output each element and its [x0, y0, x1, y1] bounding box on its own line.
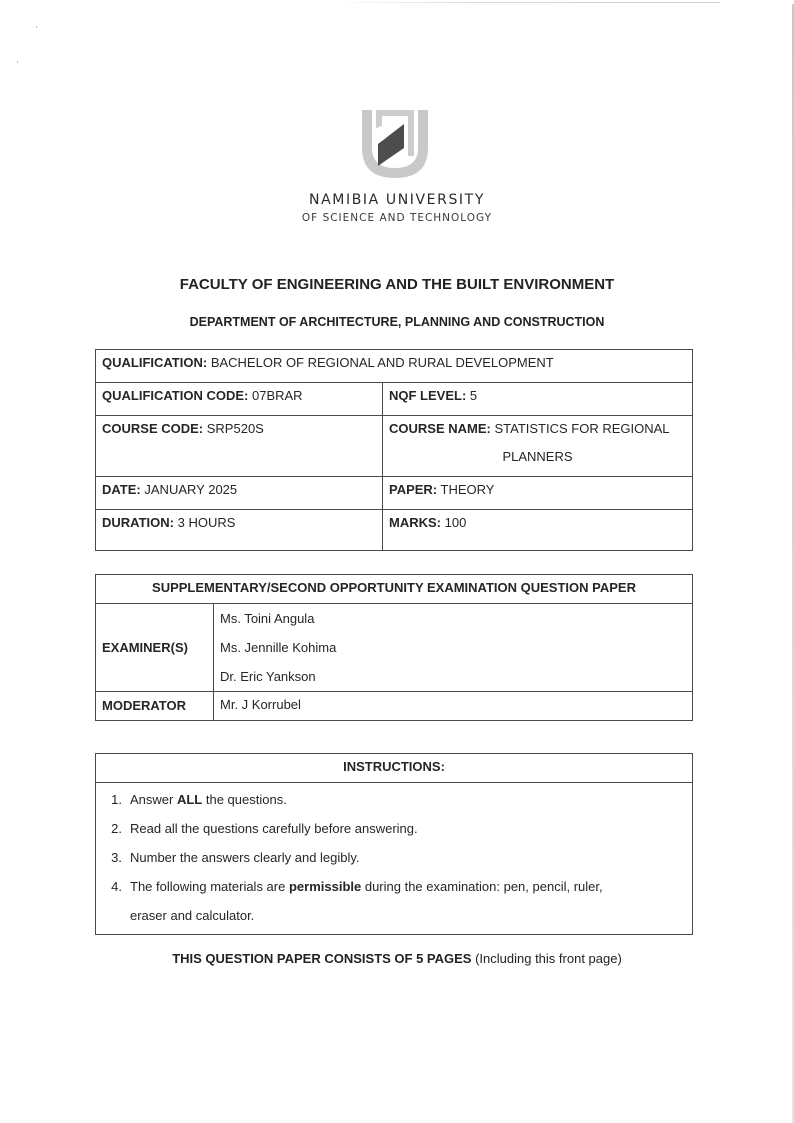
scan-edge-top [330, 2, 720, 3]
instruction-emphasis: ALL [177, 792, 202, 807]
instructions-table: INSTRUCTIONS: 1. Answer ALL the question… [95, 753, 693, 935]
page-count-qualifier: (Including this front page) [471, 951, 621, 966]
course-info-table: QUALIFICATION: BACHELOR OF REGIONAL AND … [95, 349, 693, 551]
qualification-code-label: QUALIFICATION CODE: [102, 388, 248, 403]
instruction-text-part: The following materials are [130, 879, 289, 894]
instruction-number: 4. [100, 872, 130, 930]
examiner-name: Ms. Jennille Kohima [220, 633, 686, 662]
instruction-item: 4. The following materials are permissib… [100, 872, 686, 930]
table-row: QUALIFICATION CODE: 07BRAR NQF LEVEL: 5 [96, 383, 693, 416]
paper-value: THEORY [441, 482, 495, 497]
instruction-text: Read all the questions carefully before … [130, 814, 418, 843]
course-code-value: SRP520S [207, 421, 264, 436]
course-name-cell: COURSE NAME: STATISTICS FOR REGIONAL PLA… [383, 416, 693, 477]
nqf-level-cell: NQF LEVEL: 5 [383, 383, 693, 416]
instruction-number: 3. [100, 843, 130, 872]
instructions-title: INSTRUCTIONS: [96, 754, 693, 783]
instruction-text-part: Answer [130, 792, 177, 807]
duration-label: DURATION: [102, 515, 174, 530]
moderator-label: MODERATOR [96, 692, 214, 721]
instruction-number: 1. [100, 785, 130, 814]
table-row: MODERATOR Mr. J Korrubel [96, 692, 693, 721]
marks-cell: MARKS: 100 [383, 510, 693, 551]
instruction-text: The following materials are permissible … [130, 872, 603, 930]
qualification-cell: QUALIFICATION: BACHELOR OF REGIONAL AND … [96, 350, 693, 383]
instruction-emphasis: permissible [289, 879, 361, 894]
instruction-text: Number the answers clearly and legibly. [130, 843, 360, 872]
instruction-item: 2. Read all the questions carefully befo… [100, 814, 686, 843]
instruction-item: 1. Answer ALL the questions. [100, 785, 686, 814]
duration-value: 3 HOURS [178, 515, 236, 530]
instruction-number: 2. [100, 814, 130, 843]
table-row: DATE: JANUARY 2025 PAPER: THEORY [96, 477, 693, 510]
course-name-value: STATISTICS FOR REGIONAL [494, 421, 669, 436]
university-subtitle: OF SCIENCE AND TECHNOLOGY [0, 212, 794, 224]
qualification-code-cell: QUALIFICATION CODE: 07BRAR [96, 383, 383, 416]
table-row: INSTRUCTIONS: [96, 754, 693, 783]
qualification-label: QUALIFICATION: [102, 355, 207, 370]
nqf-level-label: NQF LEVEL: [389, 388, 466, 403]
page-count-note: THIS QUESTION PAPER CONSISTS OF 5 PAGES … [0, 951, 794, 966]
examiners-table: SUPPLEMENTARY/SECOND OPPORTUNITY EXAMINA… [95, 574, 693, 721]
table-row: SUPPLEMENTARY/SECOND OPPORTUNITY EXAMINA… [96, 575, 693, 604]
qualification-code-value: 07BRAR [252, 388, 303, 403]
course-code-cell: COURSE CODE: SRP520S [96, 416, 383, 477]
nust-shield-logo-icon [356, 104, 434, 182]
marks-label: MARKS: [389, 515, 441, 530]
examiner-name: Ms. Toini Angula [220, 604, 686, 633]
department-title: DEPARTMENT OF ARCHITECTURE, PLANNING AND… [0, 315, 794, 329]
paper-label: PAPER: [389, 482, 437, 497]
exam-cover-page: NAMIBIA UNIVERSITY OF SCIENCE AND TECHNO… [0, 0, 794, 1123]
qualification-value: BACHELOR OF REGIONAL AND RURAL DEVELOPME… [211, 355, 554, 370]
instruction-text-part: the questions. [202, 792, 287, 807]
examiners-list: Ms. Toini Angula Ms. Jennille Kohima Dr.… [214, 604, 693, 692]
table-row: EXAMINER(S) Ms. Toini Angula Ms. Jennill… [96, 604, 693, 692]
moderator-name: Mr. J Korrubel [214, 692, 693, 721]
instruction-text: Answer ALL the questions. [130, 785, 287, 814]
examiners-label: EXAMINER(S) [96, 604, 214, 692]
date-value: JANUARY 2025 [144, 482, 237, 497]
scan-speck [17, 61, 18, 63]
marks-value: 100 [445, 515, 467, 530]
instructions-list: 1. Answer ALL the questions. 2. Read all… [96, 783, 693, 935]
paper-cell: PAPER: THEORY [383, 477, 693, 510]
scan-speck [36, 26, 37, 28]
nqf-level-value: 5 [470, 388, 477, 403]
course-name-label: COURSE NAME: [389, 421, 491, 436]
date-cell: DATE: JANUARY 2025 [96, 477, 383, 510]
page-count-bold: THIS QUESTION PAPER CONSISTS OF 5 PAGES [172, 951, 471, 966]
table-row: QUALIFICATION: BACHELOR OF REGIONAL AND … [96, 350, 693, 383]
table-row: 1. Answer ALL the questions. 2. Read all… [96, 783, 693, 935]
course-name-value-line2: PLANNERS [389, 440, 686, 468]
table-row: DURATION: 3 HOURS MARKS: 100 [96, 510, 693, 551]
instruction-text-continuation: eraser and calculator. [130, 908, 254, 923]
university-name: NAMIBIA UNIVERSITY [0, 192, 794, 208]
course-code-label: COURSE CODE: [102, 421, 203, 436]
exam-type-title: SUPPLEMENTARY/SECOND OPPORTUNITY EXAMINA… [96, 575, 693, 604]
instruction-item: 3. Number the answers clearly and legibl… [100, 843, 686, 872]
table-row: COURSE CODE: SRP520S COURSE NAME: STATIS… [96, 416, 693, 477]
faculty-title: FACULTY OF ENGINEERING AND THE BUILT ENV… [0, 276, 794, 293]
duration-cell: DURATION: 3 HOURS [96, 510, 383, 551]
date-label: DATE: [102, 482, 141, 497]
examiner-name: Dr. Eric Yankson [220, 662, 686, 691]
instruction-text-part: during the examination: pen, pencil, rul… [361, 879, 602, 894]
